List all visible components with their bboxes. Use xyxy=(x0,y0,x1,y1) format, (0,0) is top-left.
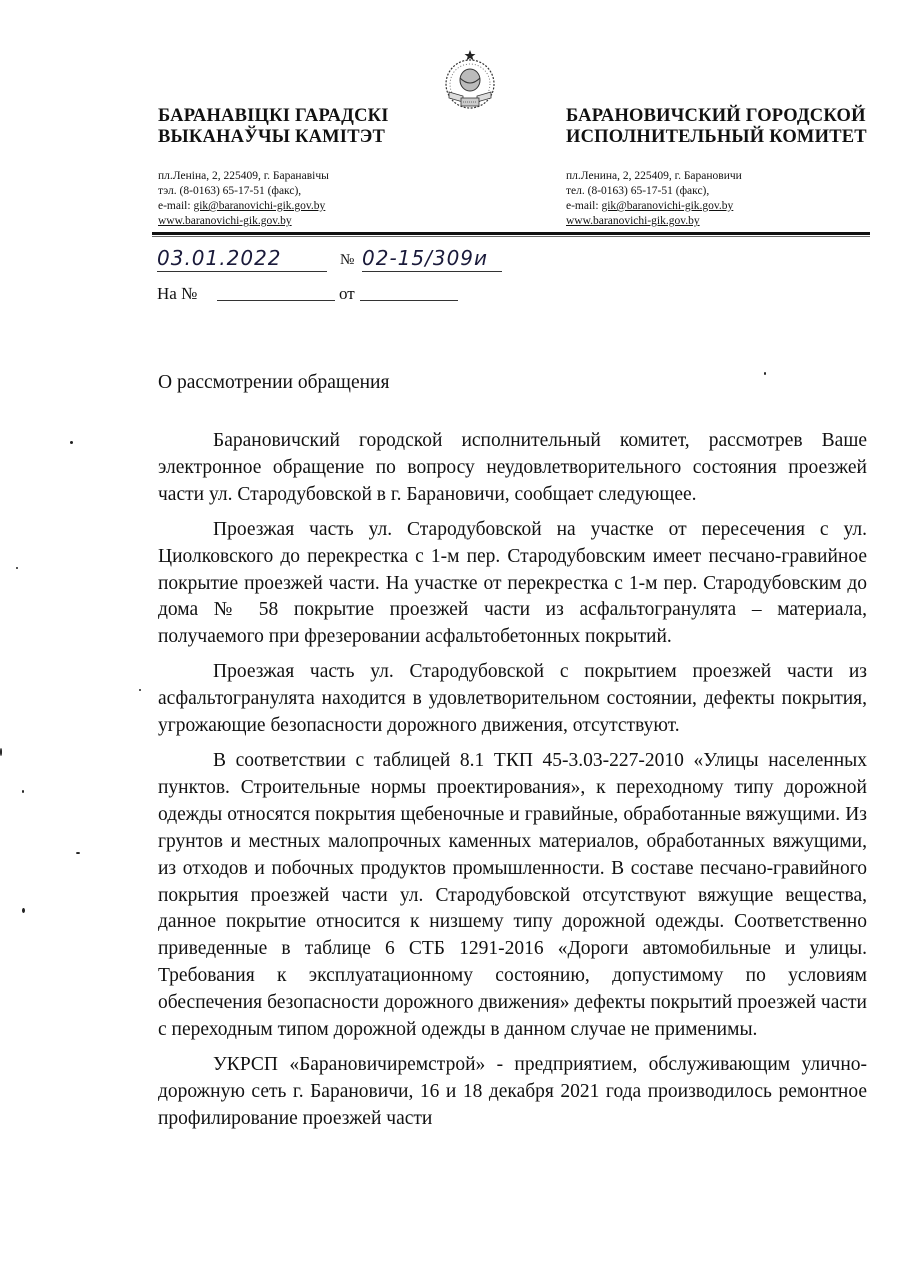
reference-date-label: от xyxy=(339,284,355,304)
header-divider xyxy=(152,232,870,235)
header-divider-thin xyxy=(152,236,870,237)
org-name-russian: БАРАНОВИЧСКИЙ ГОРОДСКОЙ ИСПОЛНИТЕЛЬНЫЙ К… xyxy=(566,106,867,148)
scan-speck xyxy=(16,567,18,569)
website-link[interactable]: www.baranovichi-gik.gov.by xyxy=(158,215,292,227)
email-row: e-mail: gik@baranovichi-gik.gov.by xyxy=(158,199,329,214)
phone: тэл. (8-0163) 65-17-51 (факс), xyxy=(158,184,329,199)
contacts-russian: пл.Ленина, 2, 225409, г. Барановичи тел.… xyxy=(566,169,742,229)
website-link[interactable]: www.baranovichi-gik.gov.by xyxy=(566,215,700,227)
phone: тел. (8-0163) 65-17-51 (факс), xyxy=(566,184,742,199)
paragraph: Барановичский городской исполнительный к… xyxy=(158,428,867,509)
email-link[interactable]: gik@baranovichi-gik.gov.by xyxy=(193,200,325,212)
letter-body: Барановичский городской исполнительный к… xyxy=(158,428,867,1141)
scan-speck xyxy=(764,372,766,375)
paragraph: УКРСП «Барановичиремстрой» - предприятие… xyxy=(158,1052,867,1133)
org-name-line2: ВЫКАНАЎЧЫ КАМІТЭТ xyxy=(158,127,389,148)
scan-speck xyxy=(22,908,25,913)
number-label: № xyxy=(340,252,354,269)
org-name-line2: ИСПОЛНИТЕЛЬНЫЙ КОМИТЕТ xyxy=(566,127,867,148)
email-link[interactable]: gik@baranovichi-gik.gov.by xyxy=(601,200,733,212)
reference-number-blank xyxy=(217,300,335,301)
scan-speck xyxy=(139,689,141,691)
address: пл.Леніна, 2, 225409, г. Баранавічы xyxy=(158,169,329,184)
letter-subject: О рассмотрении обращения xyxy=(158,372,389,394)
scan-speck xyxy=(0,748,2,756)
org-name-line1: БАРАНОВИЧСКИЙ ГОРОДСКОЙ xyxy=(566,106,867,127)
outgoing-date: 03.01.2022 xyxy=(157,246,327,272)
scan-speck xyxy=(22,790,24,793)
letter-page: БАРАНАВІЦКІ ГАРАДСКІ ВЫКАНАЎЧЫ КАМІТЭТ п… xyxy=(0,0,904,1280)
email-label: e-mail: xyxy=(158,200,193,212)
org-name-line1: БАРАНАВІЦКІ ГАРАДСКІ xyxy=(158,106,389,127)
scan-speck xyxy=(70,441,73,444)
reference-number-label: На № xyxy=(157,284,197,304)
paragraph: В соответствии с таблицей 8.1 ТКП 45-3.0… xyxy=(158,748,867,1044)
paragraph: Проезжая часть ул. Стародубовской на уча… xyxy=(158,517,867,652)
email-row: e-mail: gik@baranovichi-gik.gov.by xyxy=(566,199,742,214)
email-label: e-mail: xyxy=(566,200,601,212)
scan-speck xyxy=(76,852,80,854)
contacts-belarusian: пл.Леніна, 2, 225409, г. Баранавічы тэл.… xyxy=(158,169,329,229)
outgoing-number: 02-15/309и xyxy=(362,246,502,272)
address: пл.Ленина, 2, 225409, г. Барановичи xyxy=(566,169,742,184)
paragraph: Проезжая часть ул. Стародубовской с покр… xyxy=(158,659,867,740)
org-name-belarusian: БАРАНАВІЦКІ ГАРАДСКІ ВЫКАНАЎЧЫ КАМІТЭТ xyxy=(158,106,389,148)
reference-date-blank xyxy=(360,300,458,301)
state-emblem-icon xyxy=(441,48,499,118)
